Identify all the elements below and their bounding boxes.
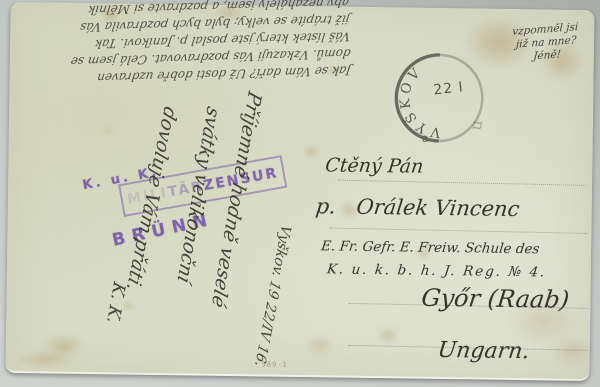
postmark-index-letter: a <box>422 132 429 145</box>
address-prefix: p. <box>314 194 337 218</box>
plate-number: 589-1 <box>262 360 288 368</box>
stain <box>42 332 86 359</box>
address-rule <box>329 228 587 234</box>
stain <box>101 125 115 136</box>
stain <box>376 325 400 344</box>
stain <box>14 350 78 369</box>
postcard: Jak se Vám daří? Už dosti dobře uzdraven… <box>5 2 594 381</box>
message-dateline: Vyškov. 19 22/IV 16. <box>251 223 293 370</box>
postmark-date: 22 I <box>433 79 465 98</box>
stain <box>550 336 594 369</box>
address-name: Orálek Vincenc <box>355 195 521 221</box>
address-unit-line-2: K. u. k. b. h. J. Reg. № 4. <box>326 261 547 280</box>
upside-down-handwriting: Jak se Vám daří? Už dosti dobře uzdraven… <box>13 0 351 88</box>
address-city: Győr (Raab) <box>420 284 571 314</box>
postmark-stray-mark: u <box>466 118 487 132</box>
message-signature: K. K. <box>102 279 128 326</box>
address-country: Ungarn. <box>436 338 531 364</box>
postmark-vyskov: VYŠKOV 22 I a u <box>376 35 502 161</box>
address-name-line: p. Orálek Vincenc <box>314 194 520 221</box>
stain <box>304 334 336 358</box>
address-unit-line-1: E. Fr. Gefr. E. Freiw. Schule des <box>320 238 540 257</box>
photo-of-postcard: Jak se Vám daří? Už dosti dobře uzdraven… <box>0 0 600 387</box>
stain <box>302 144 320 159</box>
address-rule <box>338 180 586 186</box>
corner-note: vzpomněl jsi již na mne? Jéně! <box>495 20 598 66</box>
address-salutation: Ctěný Pán <box>324 154 425 177</box>
